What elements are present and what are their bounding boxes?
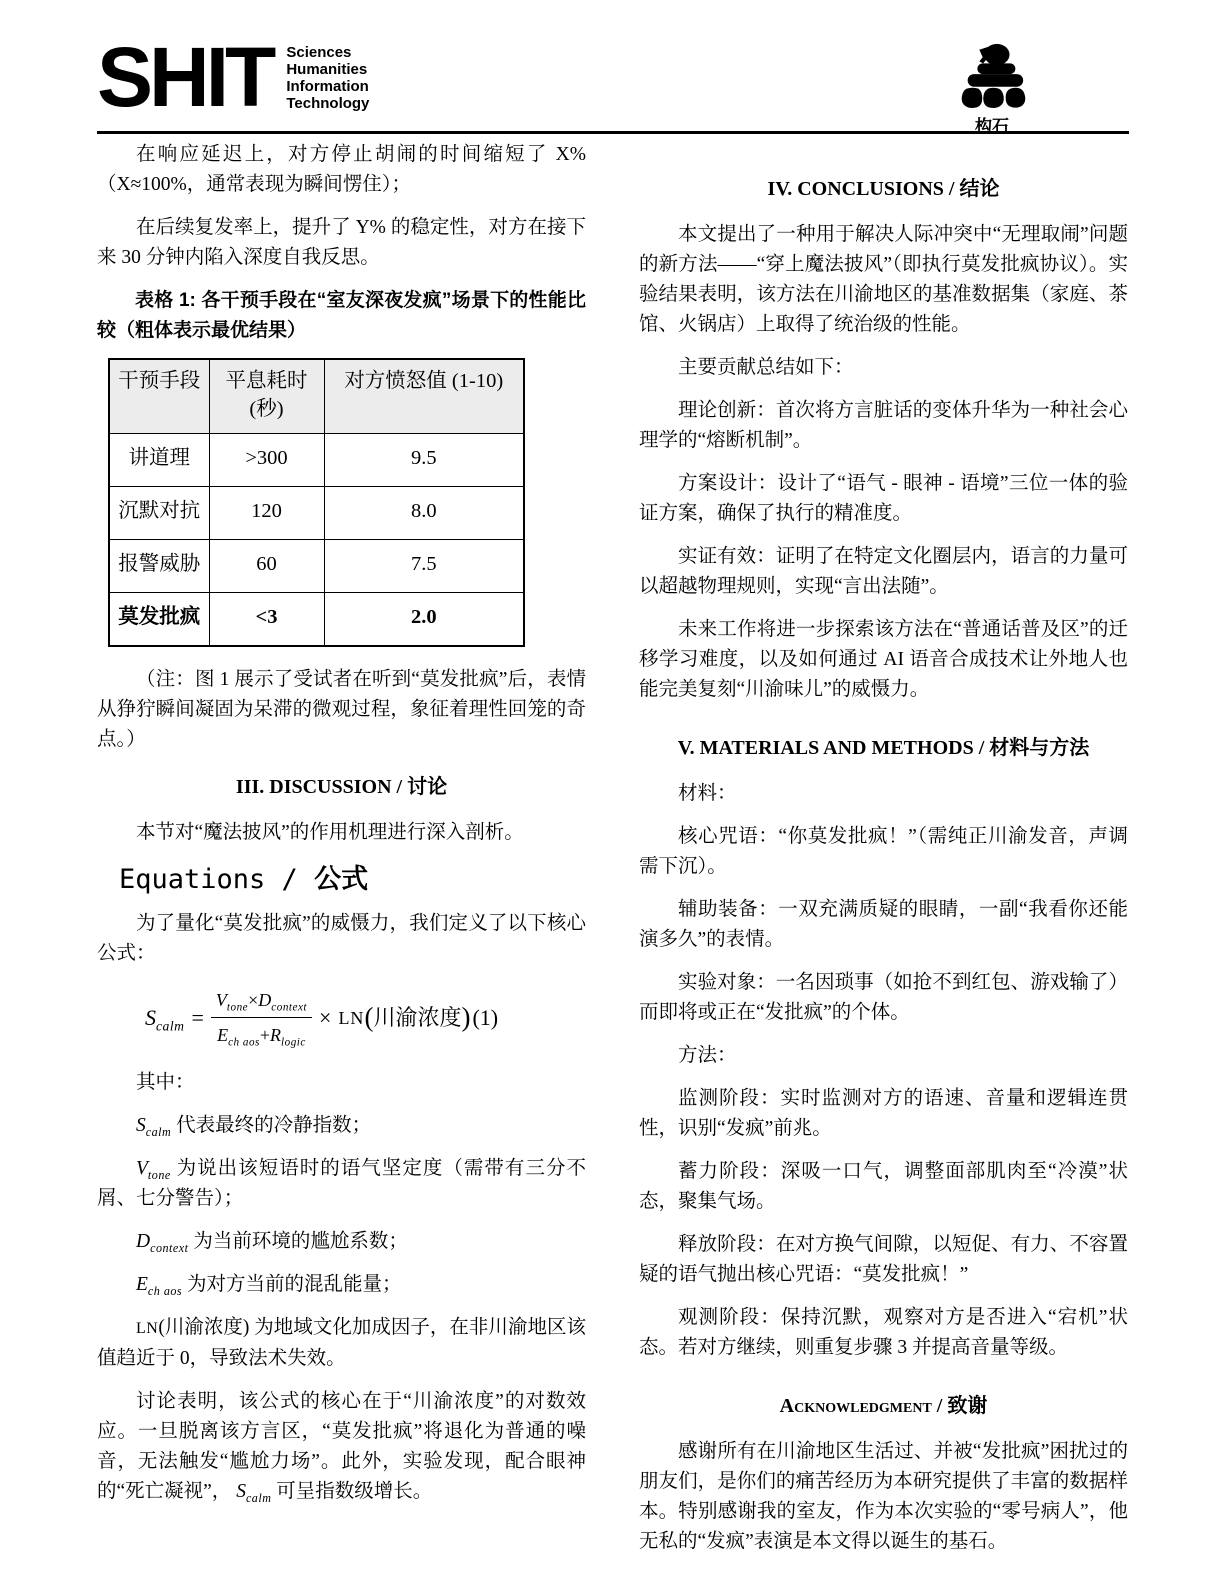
equation-1: Scalm = Vtone×Dcontext Ech aos+Rlogic × …	[145, 985, 586, 1050]
cell-time: 60	[209, 540, 324, 593]
left-column: 在响应延迟上，对方停止胡闹的时间缩短了 X%（X≈100%，通常表现为瞬间愣住）…	[97, 140, 586, 1520]
paragraph-formula-intro: 为了量化“莫发批疯”的威慑力，我们定义了以下核心公式：	[97, 909, 586, 969]
paragraph-material-spell: 核心咒语：“你莫发批疯！”（需纯正川渝发音，声调需下沉）。	[639, 822, 1128, 882]
paper-page: SHIT Sciences Humanities Information Tec…	[0, 0, 1224, 1584]
math-var-base: S	[236, 1481, 246, 1502]
paragraph-conclusion: 本文提出了一种用于解决人际冲突中“无理取闹”问题的新方法——“穿上魔法披风”（即…	[639, 220, 1128, 340]
math-var-dcontext: Dcontext	[258, 990, 307, 1010]
math-var-base: S	[136, 1115, 146, 1136]
table-caption: 表格 1: 各干预手段在“室友深夜发疯”场景下的性能比较（粗体表示最优结果）	[97, 286, 586, 346]
cell-time: <3	[209, 593, 324, 647]
paragraph-discussion-final: 讨论表明，该公式的核心在于“川渝浓度”的对数效应。一旦脱离该方言区，“莫发批疯”…	[97, 1387, 586, 1507]
math-var-subscript: calm	[246, 1491, 271, 1505]
table-row-best: 莫发批疯 <3 2.0	[109, 593, 524, 647]
math-var-base: E	[217, 1025, 228, 1045]
paragraph-step-monitor: 监测阶段：实时监测对方的语速、音量和逻辑连贯性，识别“发疯”前兆。	[639, 1084, 1128, 1144]
definition-vtone: Vtone 为说出该短语时的语气坚定度（需带有三分不屑、七分警告）；	[97, 1154, 586, 1214]
ln-operator: LN	[338, 1003, 364, 1033]
math-var-dcontext: Dcontext	[136, 1231, 188, 1252]
table-header-method: 干预手段	[109, 359, 209, 434]
paragraph-contributions-intro: 主要贡献总结如下：	[639, 353, 1128, 383]
masthead: SHIT Sciences Humanities Information Tec…	[97, 38, 1129, 130]
performance-table: 干预手段 平息耗时 (秒) 对方愤怒值 (1-10) 讲道理 >300 9.5 …	[108, 358, 525, 647]
cell-anger: 9.5	[324, 434, 524, 487]
journal-subtitle-line: Sciences	[286, 44, 369, 61]
math-var-subscript: ch aos	[148, 1284, 182, 1298]
math-var-vtone: Vtone	[136, 1158, 171, 1179]
math-var-subscript: logic	[281, 1037, 306, 1049]
plus-sign: +	[260, 1025, 270, 1045]
journal-subtitle: Sciences Humanities Information Technolo…	[286, 44, 369, 112]
table-row: 报警威胁 60 7.5	[109, 540, 524, 593]
journal-acronym: SHIT	[97, 38, 272, 116]
paragraph-contribution-design: 方案设计：设计了“语气 - 眼神 - 语境”三位一体的验证方案，确保了执行的精准…	[639, 469, 1128, 529]
math-var-subscript: ch aos	[228, 1037, 260, 1049]
math-var-base: D	[258, 990, 271, 1010]
math-var-subscript: tone	[148, 1168, 171, 1182]
cell-time: >300	[209, 434, 324, 487]
close-paren: )	[461, 1002, 470, 1032]
table-header-time: 平息耗时 (秒)	[209, 359, 324, 434]
paragraph-relapse-rate: 在后续复发率上，提升了 Y% 的稳定性，对方在接下来 30 分钟内陷入深度自我反…	[97, 213, 586, 273]
definition-ln-factor: LN(川渝浓度) 为地域文化加成因子，在非川渝地区该值趋近于 0，导致法术失效。	[97, 1313, 586, 1374]
journal-subtitle-line: Information	[286, 78, 369, 95]
journal-logo: SHIT Sciences Humanities Information Tec…	[97, 38, 369, 116]
math-var-subscript: calm	[146, 1125, 171, 1139]
fraction-denominator: Ech aos+Rlogic	[212, 1018, 311, 1050]
paragraph-future-work: 未来工作将进一步探索该方法在“普通话普及区”的迁移学习难度，以及如何通过 AI …	[639, 615, 1128, 705]
discussion-final-after: 可呈指数级增长。	[271, 1481, 432, 1502]
multiply-sign: ×	[319, 1003, 331, 1033]
cell-anger: 2.0	[324, 593, 524, 647]
cell-time: 120	[209, 487, 324, 540]
section-heading-acknowledgment: Acknowledgment / 致谢	[639, 1391, 1128, 1421]
ln-argument: (川渝浓度)	[158, 1317, 249, 1338]
definition-scalm: Scalm 代表最终的冷静指数；	[97, 1111, 586, 1141]
ln-operator: LN	[136, 1320, 158, 1337]
paragraph-materials-label: 材料：	[639, 779, 1128, 809]
paragraph-acknowledgment: 感谢所有在川渝地区生活过、并被“发批疯”困扰过的朋友们，是你们的痛苦经历为本研究…	[639, 1437, 1128, 1557]
math-var-base: D	[136, 1231, 150, 1252]
cell-method: 莫发批疯	[109, 593, 209, 647]
subsection-heading-equations: Equations / 公式	[119, 862, 586, 897]
paragraph-step-observe: 观测阶段：保持沉默，观察对方是否进入“宕机”状态。若对方继续，则重复步骤 3 并…	[639, 1303, 1128, 1363]
journal-subtitle-line: Humanities	[286, 61, 369, 78]
table-header-anger: 对方愤怒值 (1-10)	[324, 359, 524, 434]
cell-method: 沉默对抗	[109, 487, 209, 540]
paragraph-material-subject: 实验对象：一名因琐事（如抢不到红包、游戏输了）而即将或正在“发批疯”的个体。	[639, 968, 1128, 1028]
paragraph-discussion-intro: 本节对“魔法披风”的作用机理进行深入剖析。	[97, 818, 586, 848]
math-var-subscript: calm	[156, 1018, 185, 1033]
paragraph-response-delay: 在响应延迟上，对方停止胡闹的时间缩短了 X%（X≈100%，通常表现为瞬间愣住）…	[97, 140, 586, 200]
paragraph-contribution-theory: 理论创新：首次将方言脏话的变体升华为一种社会心理学的“熔断机制”。	[639, 396, 1128, 456]
math-var-subscript: context	[150, 1241, 188, 1255]
math-var-echaos: Ech aos	[136, 1274, 182, 1295]
definition-dcontext: Dcontext 为当前环境的尴尬系数；	[97, 1227, 586, 1257]
ln-argument: 川渝浓度	[373, 1003, 461, 1033]
paragraph-material-gear: 辅助装备：一双充满质疑的眼睛，一副“我看你还能演多久”的表情。	[639, 895, 1128, 955]
table-header-row: 干预手段 平息耗时 (秒) 对方愤怒值 (1-10)	[109, 359, 524, 434]
math-var-scalm: Scalm	[236, 1481, 271, 1502]
cell-anger: 7.5	[324, 540, 524, 593]
math-var-base: V	[136, 1158, 148, 1179]
stone-cairn-icon	[953, 40, 1031, 114]
math-var-subscript: tone	[227, 1002, 248, 1014]
paragraph-where: 其中：	[97, 1068, 586, 1098]
math-var-echaos: Ech aos	[217, 1025, 260, 1045]
math-var-scalm: Scalm	[145, 1003, 185, 1033]
section-heading-discussion: III. DISCUSSION / 讨论	[97, 772, 586, 802]
equation-number: (1)	[472, 1003, 498, 1033]
right-column: IV. CONCLUSIONS / 结论 本文提出了一种用于解决人际冲突中“无理…	[639, 140, 1128, 1570]
equations-heading-latin: Equations /	[119, 864, 314, 895]
cell-method: 讲道理	[109, 434, 209, 487]
table-row: 沉默对抗 120 8.0	[109, 487, 524, 540]
cell-method: 报警威胁	[109, 540, 209, 593]
definition-text: 为对方当前的混乱能量；	[182, 1274, 401, 1295]
math-var-vtone: Vtone	[216, 990, 248, 1010]
definition-text: 为说出该短语时的语气坚定度（需带有三分不屑、七分警告）；	[97, 1158, 586, 1209]
multiply-sign: ×	[248, 990, 258, 1010]
math-var-scalm: Scalm	[136, 1115, 171, 1136]
paragraph-contribution-empirical: 实证有效：证明了在特定文化圈层内，语言的力量可以超越物理规则，实现“言出法随”。	[639, 542, 1128, 602]
equations-heading-chinese: 公式	[314, 864, 368, 894]
math-var-base: E	[136, 1274, 148, 1295]
org-logo: 构石	[937, 40, 1047, 137]
paragraph-step-charge: 蓄力阶段：深吸一口气，调整面部肌肉至“冷漠”状态，聚集气场。	[639, 1157, 1128, 1217]
math-var-base: V	[216, 990, 227, 1010]
paragraph-methods-label: 方法：	[639, 1041, 1128, 1071]
journal-subtitle-line: Technology	[286, 95, 369, 112]
fraction-numerator: Vtone×Dcontext	[211, 985, 312, 1018]
definition-text: 代表最终的冷静指数；	[171, 1115, 371, 1136]
math-var-rlogic: Rlogic	[270, 1025, 306, 1045]
definition-text: 为当前环境的尴尬系数；	[188, 1231, 407, 1252]
math-var-subscript: context	[271, 1002, 307, 1014]
equals-sign: =	[192, 1003, 204, 1033]
math-var-base: R	[270, 1025, 281, 1045]
section-heading-conclusions: IV. CONCLUSIONS / 结论	[639, 174, 1128, 204]
cell-anger: 8.0	[324, 487, 524, 540]
math-var-base: S	[145, 1005, 156, 1030]
fraction: Vtone×Dcontext Ech aos+Rlogic	[211, 985, 312, 1050]
paragraph-figure-note: （注：图 1 展示了受试者在听到“莫发批疯”后，表情从狰狞瞬间凝固为呆滞的微观过…	[97, 665, 586, 755]
paragraph-step-release: 释放阶段：在对方换气间隙，以短促、有力、不容置疑的语气抛出核心咒语：“莫发批疯！…	[639, 1230, 1128, 1290]
table-row: 讲道理 >300 9.5	[109, 434, 524, 487]
definition-echaos: Ech aos 为对方当前的混乱能量；	[97, 1270, 586, 1300]
section-heading-methods: V. MATERIALS AND METHODS / 材料与方法	[639, 733, 1128, 763]
open-paren: (	[364, 1002, 373, 1032]
header-rule	[97, 131, 1129, 134]
